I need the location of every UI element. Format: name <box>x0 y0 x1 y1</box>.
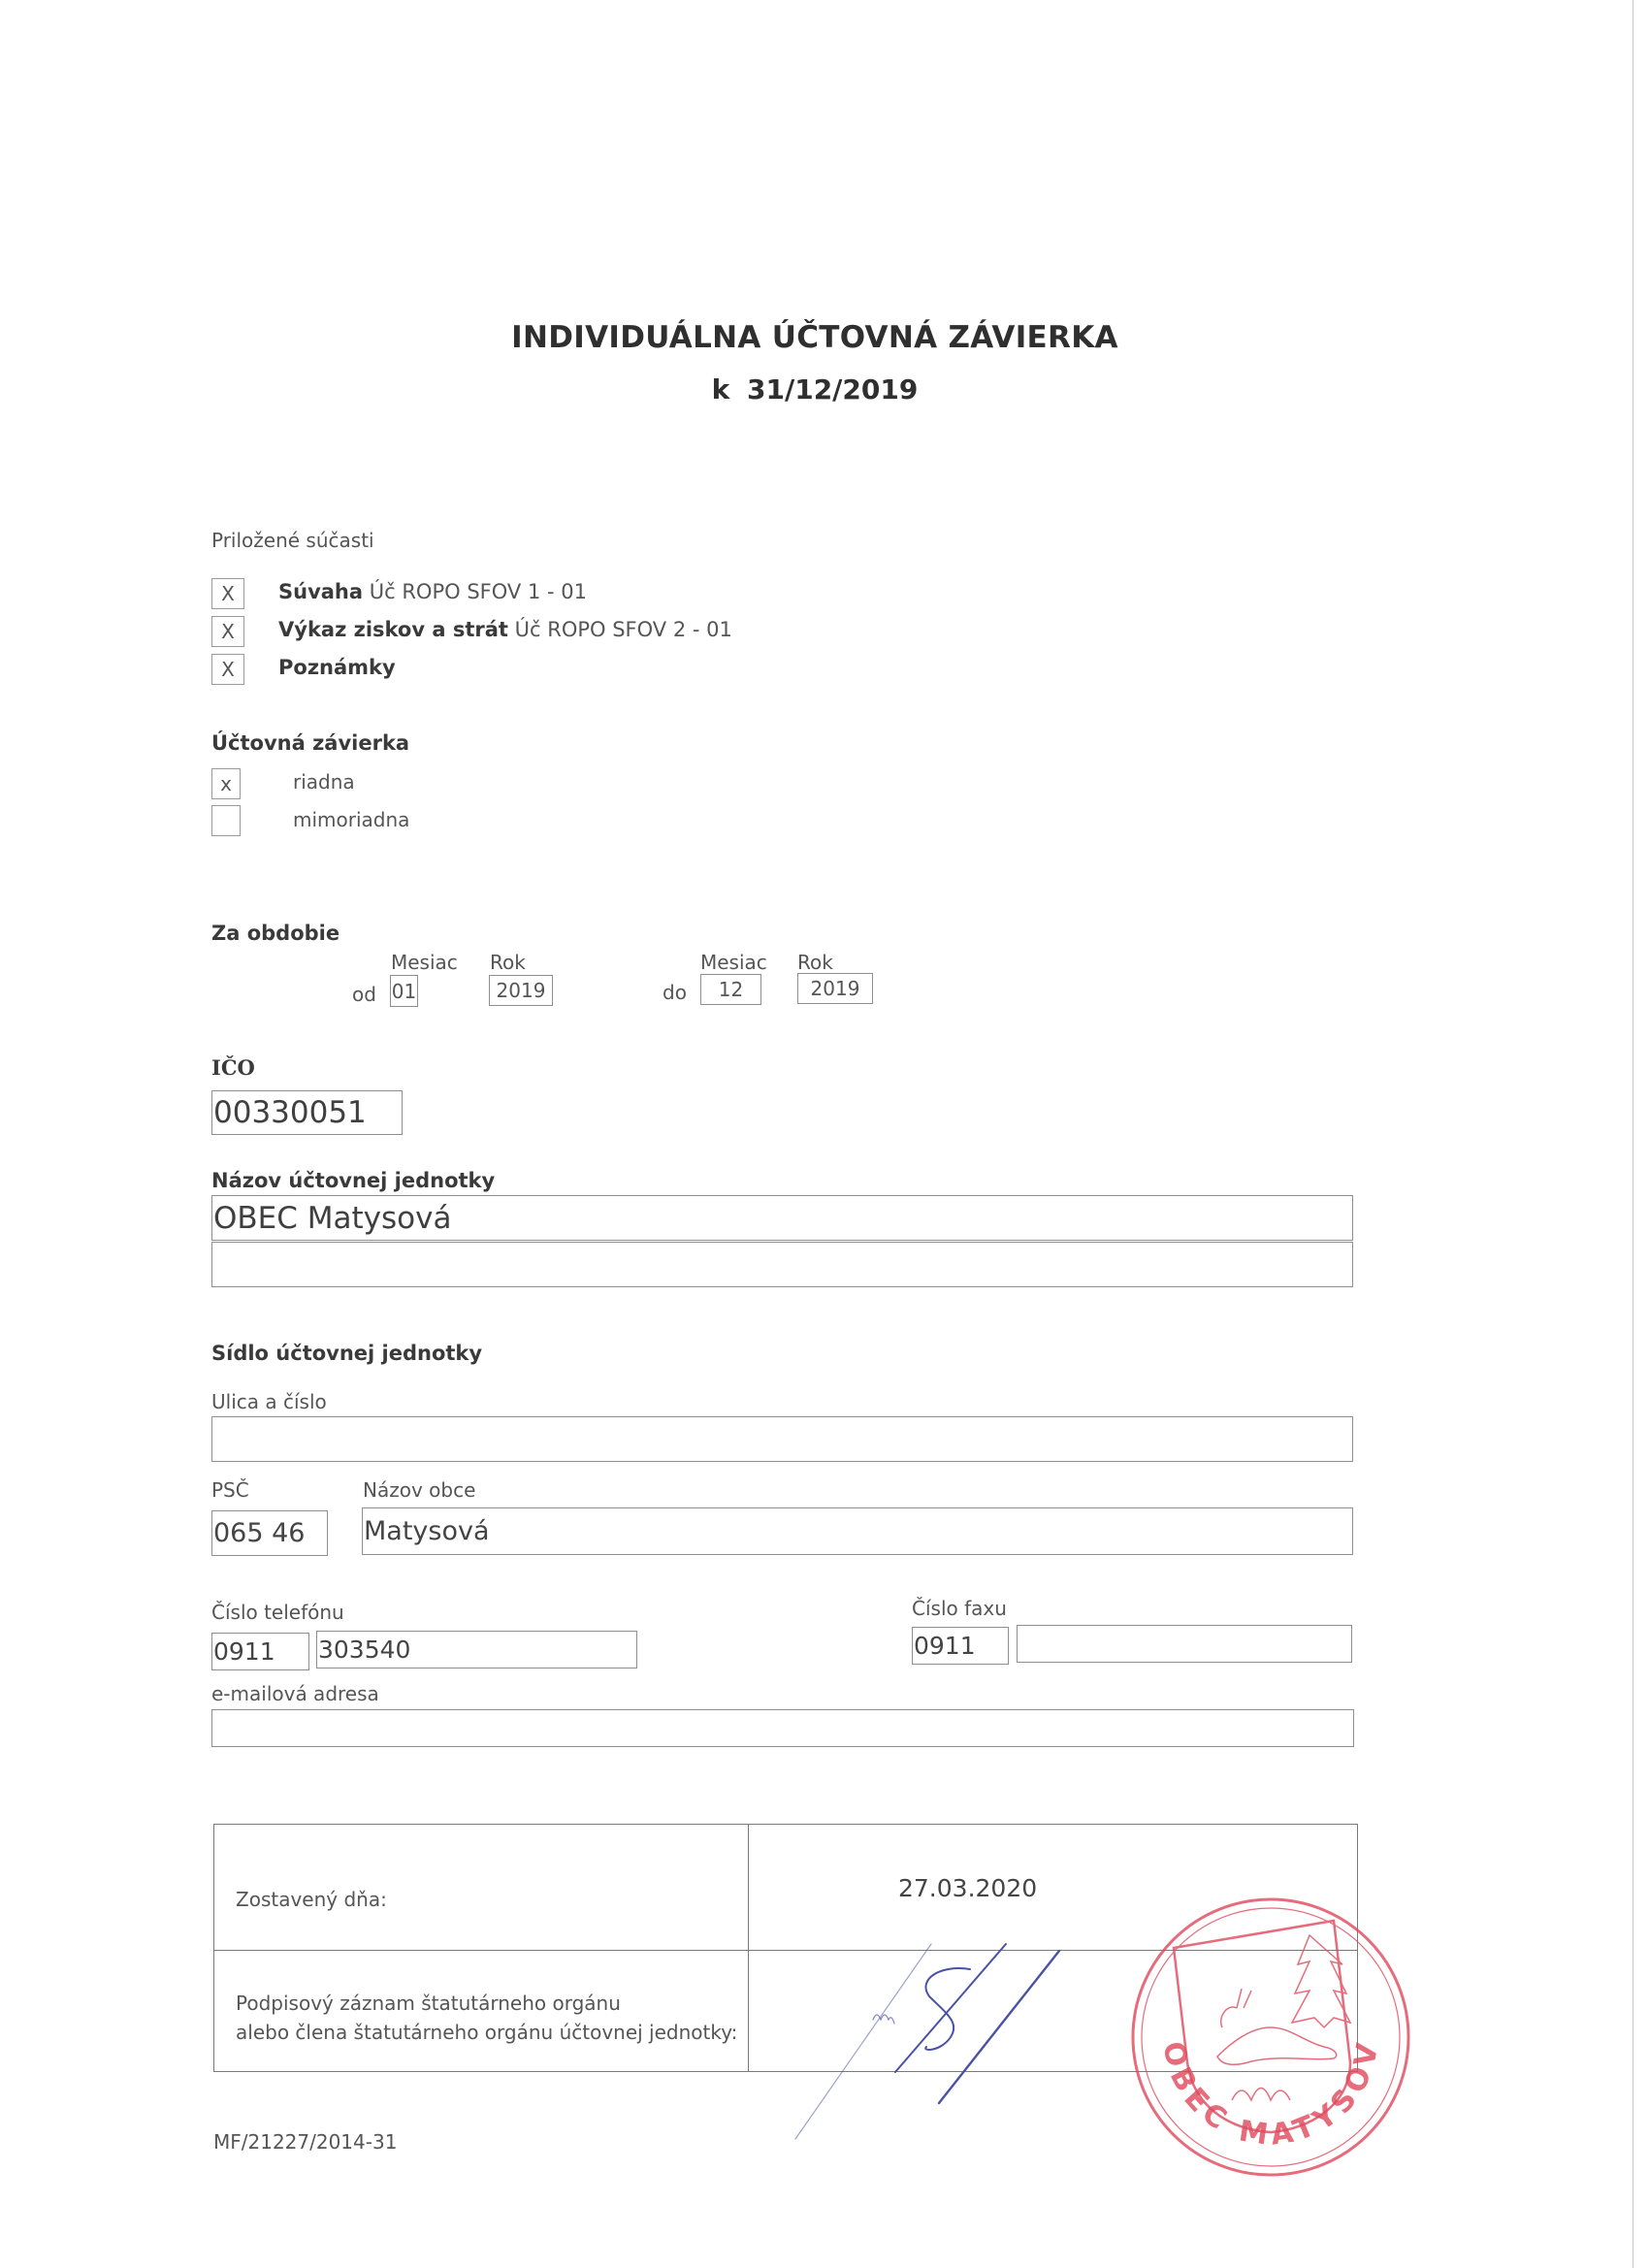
signature-table-column-divider <box>748 1824 749 2072</box>
entity-name-label: Názov účtovnej jednotky <box>211 1169 495 1192</box>
from-month-label: Mesiac <box>391 951 458 974</box>
signature-label-line2: alebo člena štatutárneho orgánu účtovnej… <box>236 2021 737 2044</box>
checkbox-mimoriadna[interactable] <box>211 805 241 836</box>
to-year-label: Rok <box>797 951 833 974</box>
zip-label: PSČ <box>211 1478 249 1502</box>
from-label: od <box>352 983 376 1006</box>
phone-label: Číslo telefónu <box>211 1601 344 1624</box>
scan-edge-line <box>1633 0 1633 2268</box>
compiled-label: Zostavený dňa: <box>236 1888 387 1911</box>
period-heading: Za obdobie <box>211 922 339 945</box>
ico-field[interactable]: 00330051 <box>211 1090 403 1135</box>
checkbox-vykaz[interactable]: X <box>211 616 244 647</box>
to-month-label: Mesiac <box>700 951 767 974</box>
form-code: MF/21227/2014-31 <box>213 2130 397 2154</box>
city-field[interactable]: Matysová <box>362 1507 1353 1555</box>
attachment-name: Výkaz ziskov a strát <box>278 618 508 641</box>
closing-type-heading: Účtovná závierka <box>211 731 409 755</box>
street-field[interactable] <box>211 1416 1353 1462</box>
from-year-field[interactable]: 2019 <box>489 975 553 1006</box>
from-month-field[interactable]: 01 <box>390 975 418 1007</box>
attachment-detail: Úč ROPO SFOV 2 - 01 <box>515 618 732 641</box>
attachment-item-poznamky: Poznámky <box>278 656 396 679</box>
fax-label: Číslo faxu <box>912 1597 1007 1620</box>
phone-number-field[interactable]: 303540 <box>316 1631 637 1669</box>
handwritten-signature-icon <box>776 1930 1115 2183</box>
option-riadna-label: riadna <box>293 770 355 794</box>
street-label: Ulica a číslo <box>211 1390 327 1413</box>
city-label: Názov obce <box>363 1478 475 1502</box>
compiled-date: 27.03.2020 <box>898 1874 1037 1902</box>
signature-label-line1: Podpisový záznam štatutárneho orgánu <box>236 1992 621 2015</box>
email-field[interactable] <box>211 1709 1354 1747</box>
entity-name-line2[interactable] <box>211 1242 1353 1287</box>
attachment-name: Poznámky <box>278 656 396 679</box>
check-mark: x <box>220 772 232 795</box>
check-mark: X <box>221 658 235 681</box>
document-date: k 31/12/2019 <box>0 373 1630 405</box>
to-month-field[interactable]: 12 <box>700 974 761 1005</box>
from-year-label: Rok <box>490 951 526 974</box>
checkbox-suvaha[interactable]: X <box>211 578 244 609</box>
check-mark: X <box>221 582 235 605</box>
attachments-heading: Priložené súčasti <box>211 529 374 552</box>
attachment-item-suvaha: Súvaha Úč ROPO SFOV 1 - 01 <box>278 580 587 603</box>
entity-name-line1[interactable]: OBEC Matysová <box>211 1195 1353 1241</box>
attachment-item-vykaz: Výkaz ziskov a strát Úč ROPO SFOV 2 - 01 <box>278 618 732 641</box>
phone-prefix-field[interactable]: 0911 <box>211 1633 309 1670</box>
fax-prefix-field[interactable]: 0911 <box>912 1627 1009 1665</box>
address-heading: Sídlo účtovnej jednotky <box>211 1342 482 1365</box>
check-mark: X <box>221 620 235 643</box>
attachment-detail: Úč ROPO SFOV 1 - 01 <box>370 580 587 603</box>
email-label: e-mailová adresa <box>211 1682 379 1705</box>
municipal-stamp-icon: OBEC MATYSOVÁ <box>1125 1882 1426 2183</box>
zip-field[interactable]: 065 46 <box>211 1510 328 1556</box>
attachment-name: Súvaha <box>278 580 363 603</box>
document-title: INDIVIDUÁLNA ÚČTOVNÁ ZÁVIERKA <box>0 320 1630 355</box>
ico-label: IČO <box>211 1055 255 1080</box>
to-label: do <box>663 981 687 1004</box>
option-mimoriadna-label: mimoriadna <box>293 808 409 831</box>
fax-number-field[interactable] <box>1017 1625 1352 1663</box>
checkbox-poznamky[interactable]: X <box>211 654 244 685</box>
to-year-field[interactable]: 2019 <box>797 973 873 1004</box>
checkbox-riadna[interactable]: x <box>211 768 241 799</box>
